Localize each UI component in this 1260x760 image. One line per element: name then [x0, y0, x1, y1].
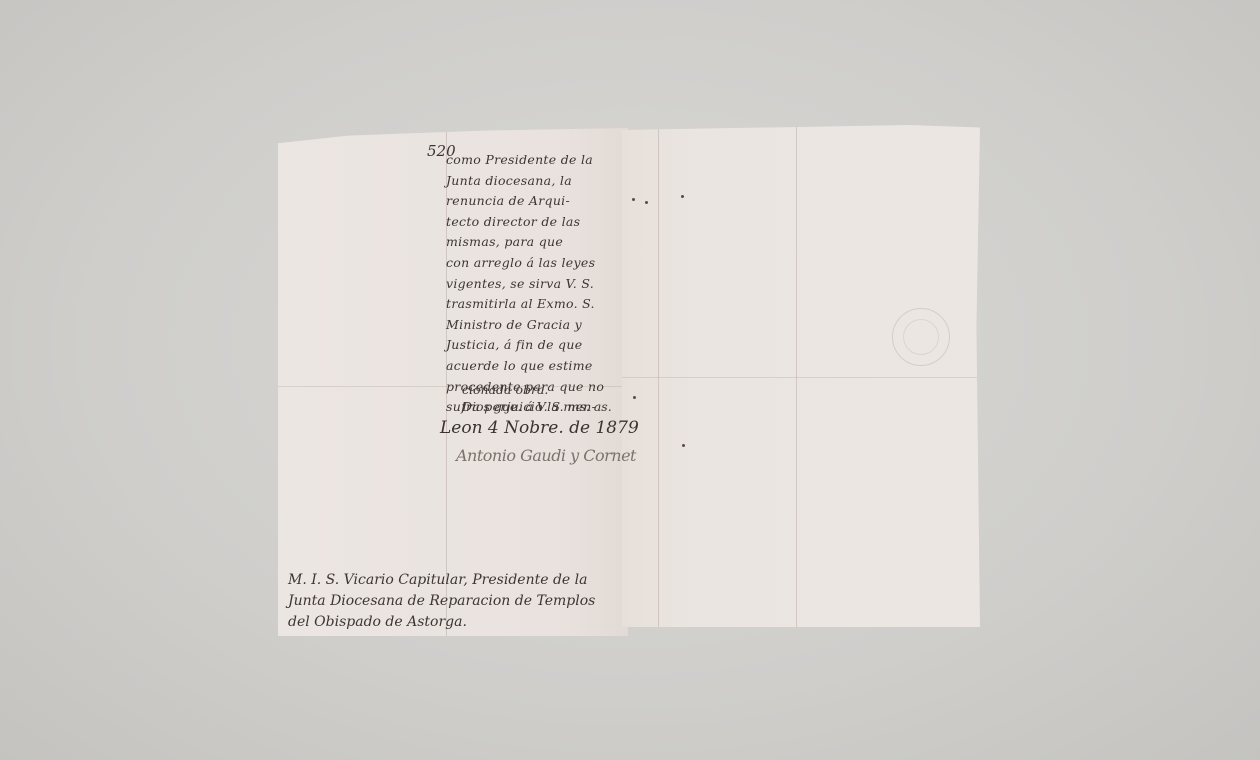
- address-line: del Obispado de Astorga.: [288, 612, 595, 633]
- fold-line: [622, 377, 980, 378]
- body-line: mismas, para que: [446, 232, 626, 253]
- body-line: Junta diocesana, la: [446, 171, 626, 192]
- pin-hole: [681, 195, 684, 198]
- body-line: renuncia de Arqui-: [446, 191, 626, 212]
- letter-body: como Presidente de la Junta diocesana, l…: [446, 150, 626, 418]
- fold-line: [658, 125, 659, 627]
- body-line: tecto director de las: [446, 212, 626, 233]
- body-line: cionada obra.: [462, 382, 548, 397]
- body-line: vigentes, se sirva V. S.: [446, 274, 626, 295]
- closing-formula: Dios gue. á V. S. ms. as.: [462, 399, 612, 414]
- pin-hole: [682, 444, 685, 447]
- body-line: trasmitirla al Exmo. S.: [446, 294, 626, 315]
- pin-hole: [645, 201, 648, 204]
- fold-line: [796, 125, 797, 627]
- date-line: Leon 4 Nobre. de 1879: [440, 418, 639, 438]
- address-line: Junta Diocesana de Reparacion de Templos: [288, 591, 595, 612]
- body-line: como Presidente de la: [446, 150, 626, 171]
- pin-hole: [633, 396, 636, 399]
- body-line: acuerde lo que estime: [446, 356, 626, 377]
- embossed-seal-icon: [892, 308, 950, 366]
- right-page: [622, 125, 980, 627]
- body-line: Ministro de Gracia y: [446, 315, 626, 336]
- body-line: con arreglo á las leyes: [446, 253, 626, 274]
- address-line: M. I. S. Vicario Capitular, Presidente d…: [288, 570, 595, 591]
- addressee-block: M. I. S. Vicario Capitular, Presidente d…: [288, 570, 595, 633]
- signature: Antonio Gaudi y Cornet: [456, 446, 636, 465]
- pin-hole: [632, 198, 635, 201]
- body-line: Justicia, á fin de que: [446, 335, 626, 356]
